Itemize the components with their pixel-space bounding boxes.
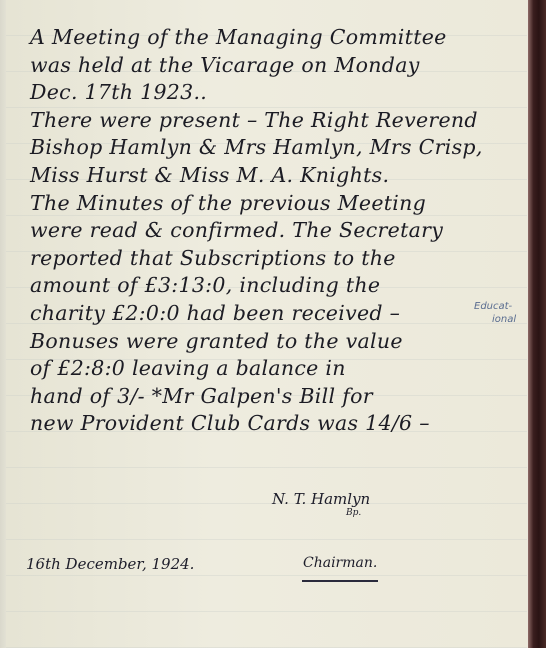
minutes-line-1: A Meeting of the Managing Committee [30, 24, 520, 52]
minutes-line-11: charity £2:0:0 had been received – [30, 300, 520, 328]
margin-note: Educat- ional [474, 300, 528, 326]
minutes-line-13: of £2:8:0 leaving a balance in [30, 355, 520, 383]
minutes-line-8: were read & confirmed. The Secretary [30, 217, 520, 245]
signature-title: Bp. [346, 508, 361, 518]
minutes-line-9: reported that Subscriptions to the [30, 245, 520, 273]
minutes-line-5: Bishop Hamlyn & Mrs Hamlyn, Mrs Crisp, [30, 134, 520, 162]
minutes-line-3: Dec. 17th 1923.. [30, 79, 520, 107]
minutes-line-4: There were present – The Right Reverend [30, 107, 520, 135]
margin-note-line-1: Educat- [474, 300, 528, 313]
minutes-line-10: amount of £3:13:0, including the [30, 272, 520, 300]
minutes-line-7: The Minutes of the previous Meeting [30, 190, 520, 218]
minutes-line-12: Bonuses were granted to the value [30, 328, 520, 356]
signature: N. T. Hamlyn [272, 490, 370, 508]
book-binding [528, 0, 546, 648]
minutes-line-2: was held at the Vicarage on Monday [30, 52, 520, 80]
chairman-label: Chairman. [303, 555, 377, 571]
minutes-text: A Meeting of the Managing Committee was … [30, 24, 520, 438]
margin-note-line-2: ional [474, 313, 528, 326]
minutes-line-15: new Provident Club Cards was 14/6 – [30, 410, 520, 438]
date-signed: 16th December, 1924. [26, 555, 194, 573]
chairman-underline [302, 580, 378, 582]
minutes-line-6: Miss Hurst & Miss M. A. Knights. [30, 162, 520, 190]
minutes-line-14: hand of 3/- *Mr Galpen's Bill for [30, 383, 520, 411]
